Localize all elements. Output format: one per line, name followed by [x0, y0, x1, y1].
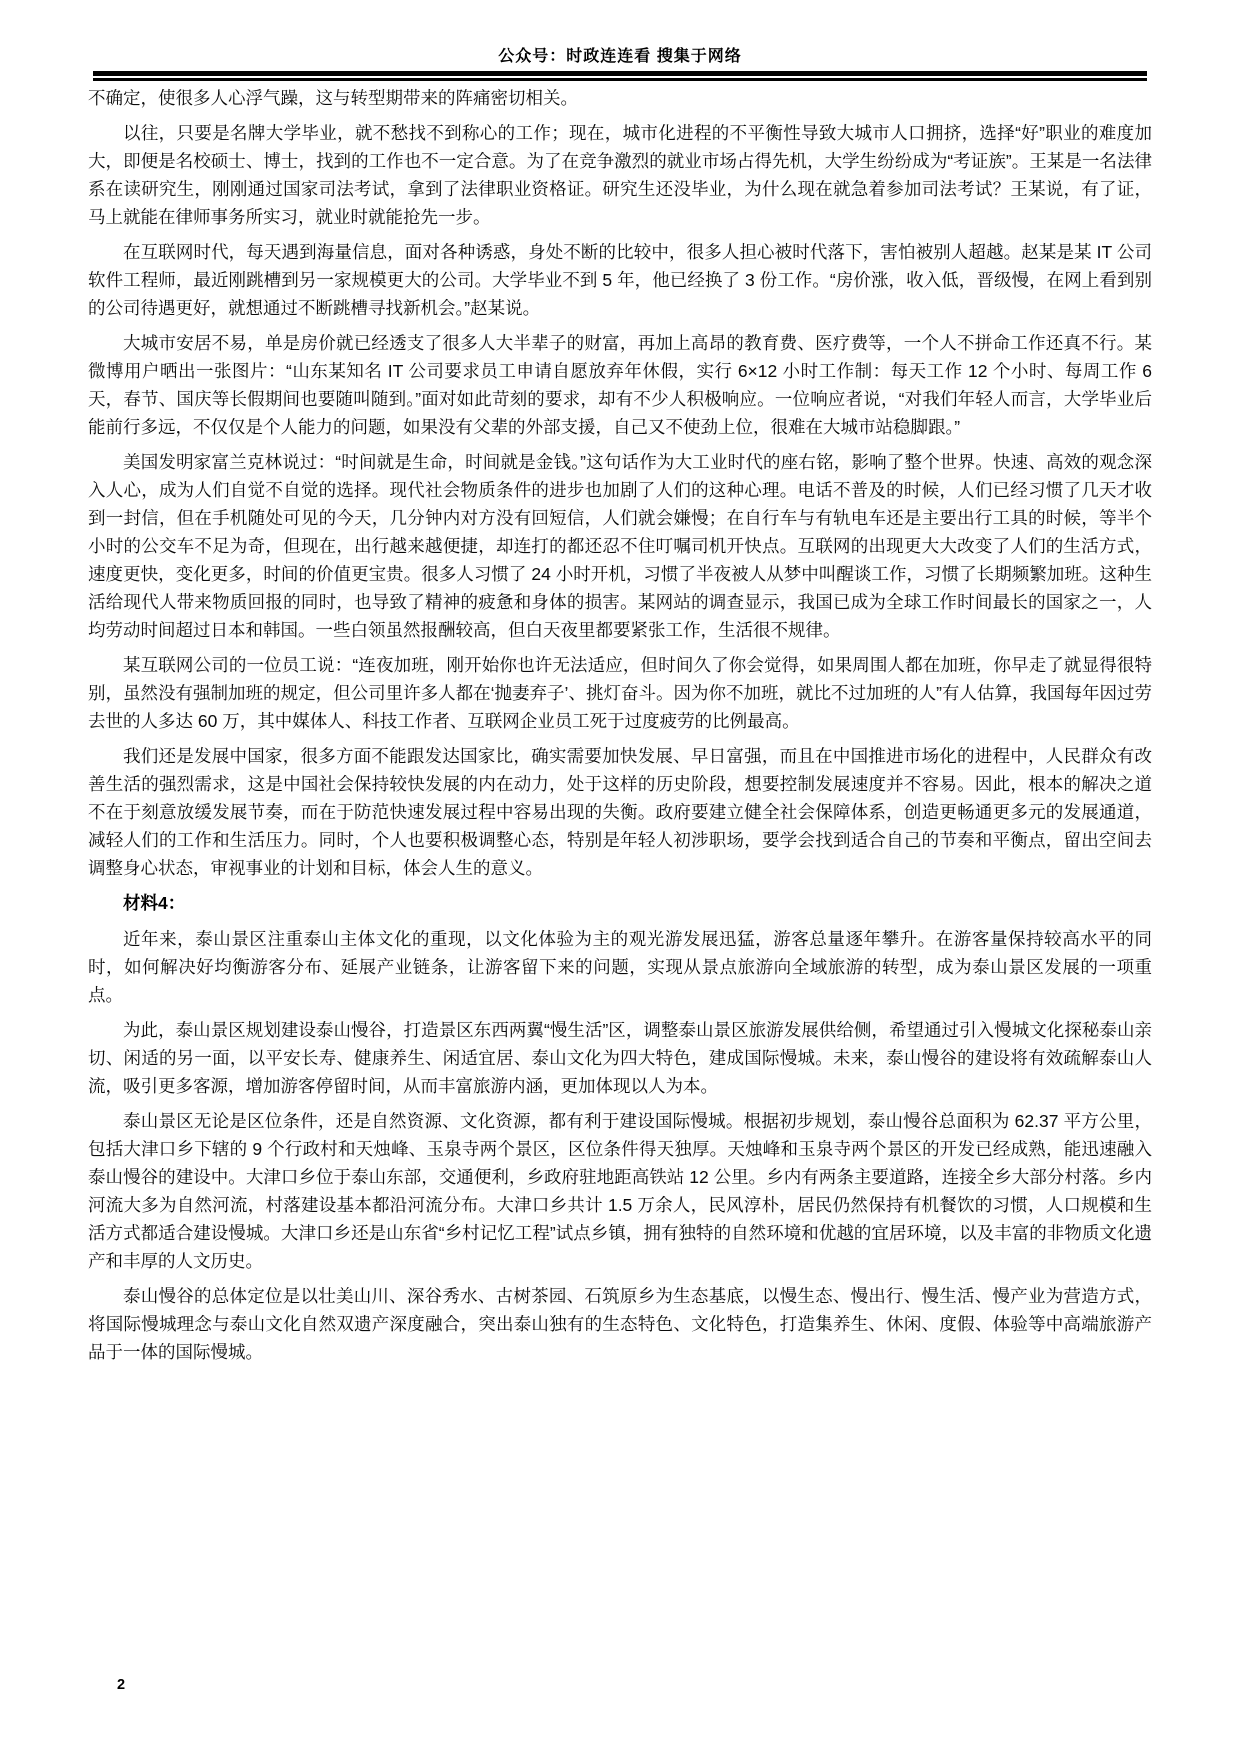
paragraph: 泰山景区无论是区位条件，还是自然资源、文化资源，都有利于建设国际慢城。根据初步规…: [88, 1107, 1152, 1275]
page-header-title: 公众号：时政连连看 搜集于网络: [93, 43, 1147, 66]
material-4-heading: 材料4：: [88, 889, 1152, 917]
document-body: 不确定，使很多人心浮气躁，这与转型期带来的阵痛密切相关。 以往，只要是名牌大学毕…: [88, 84, 1152, 1373]
paragraph: 以往，只要是名牌大学毕业，就不愁找不到称心的工作；现在，城市化进程的不平衡性导致…: [88, 119, 1152, 231]
paragraph: 我们还是发展中国家，很多方面不能跟发达国家比，确实需要加快发展、早日富强，而且在…: [88, 742, 1152, 882]
page-number: 2: [117, 1677, 125, 1693]
paragraph: 为此，泰山景区规划建设泰山慢谷，打造景区东西两翼“慢生活”区，调整泰山景区旅游发…: [88, 1016, 1152, 1100]
paragraph: 大城市安居不易，单是房价就已经透支了很多人大半辈子的财富，再加上高昂的教育费、医…: [88, 329, 1152, 441]
paragraph: 在互联网时代，每天遇到海量信息，面对各种诱惑，身处不断的比较中，很多人担心被时代…: [88, 238, 1152, 322]
document-page: 公众号：时政连连看 搜集于网络 不确定，使很多人心浮气躁，这与转型期带来的阵痛密…: [0, 0, 1240, 1754]
paragraph: 某互联网公司的一位员工说：“连夜加班，刚开始你也许无法适应，但时间久了你会觉得，…: [88, 651, 1152, 735]
paragraph: 美国发明家富兰克林说过：“时间就是生命，时间就是金钱。”这句话作为大工业时代的座…: [88, 448, 1152, 644]
header-divider-rule: [93, 71, 1147, 81]
paragraph: 近年来，泰山景区注重泰山主体文化的重现，以文化体验为主的观光游发展迅猛，游客总量…: [88, 925, 1152, 1009]
paragraph: 泰山慢谷的总体定位是以壮美山川、深谷秀水、古树茶园、石筑原乡为生态基底，以慢生态…: [88, 1282, 1152, 1366]
paragraph: 不确定，使很多人心浮气躁，这与转型期带来的阵痛密切相关。: [88, 84, 1152, 112]
